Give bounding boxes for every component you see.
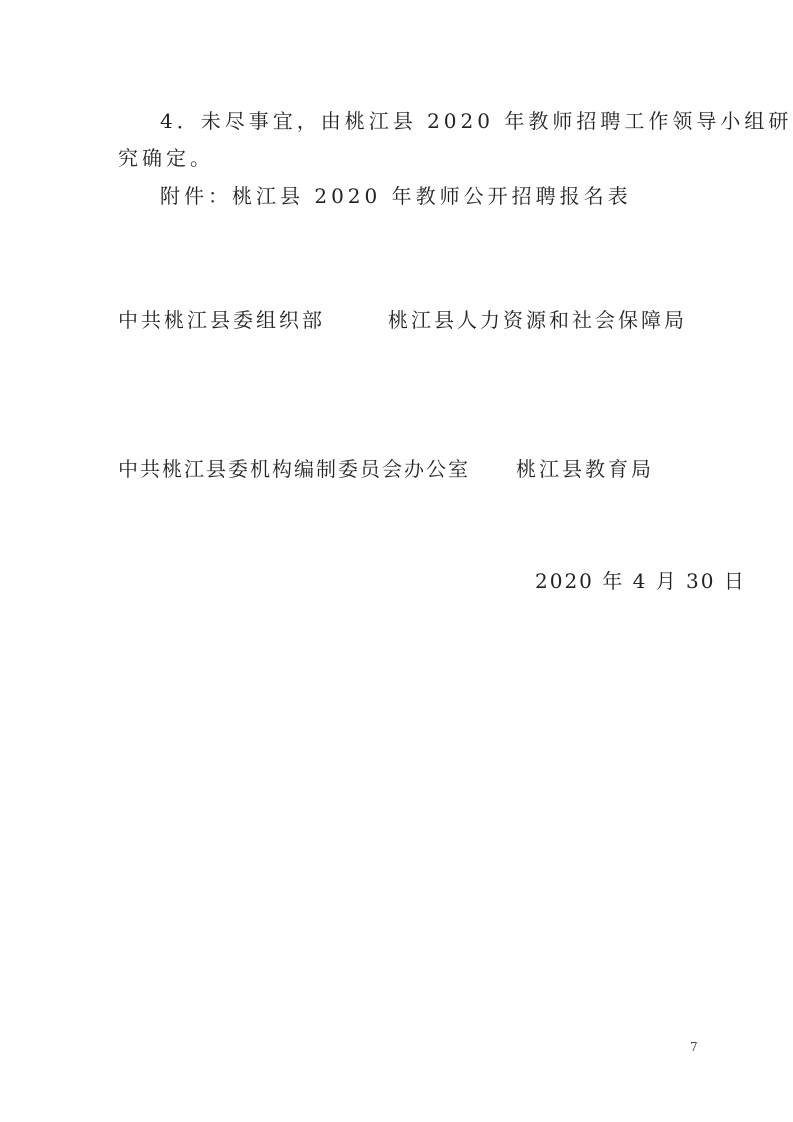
attachment-note: 附件：桃江县 2020 年教师公开招聘报名表 bbox=[160, 183, 632, 209]
paragraph-item-4: 4．未尽事宜，由桃江县 2020 年教师招聘工作领导小组研 bbox=[160, 108, 792, 134]
signatory-education-bureau: 桃江县教育局 bbox=[516, 453, 654, 482]
document-date: 2020 年 4 月 30 日 bbox=[535, 565, 746, 594]
signatory-hr-bureau: 桃江县人力资源和社会保障局 bbox=[388, 304, 687, 333]
signatory-staffing-office: 中共桃江县委机构编制委员会办公室 bbox=[118, 453, 470, 482]
page-number: 7 bbox=[690, 1040, 698, 1054]
paragraph-item-4-continued: 究确定。 bbox=[118, 145, 214, 171]
signatory-organization-dept: 中共桃江县委组织部 bbox=[118, 304, 325, 333]
